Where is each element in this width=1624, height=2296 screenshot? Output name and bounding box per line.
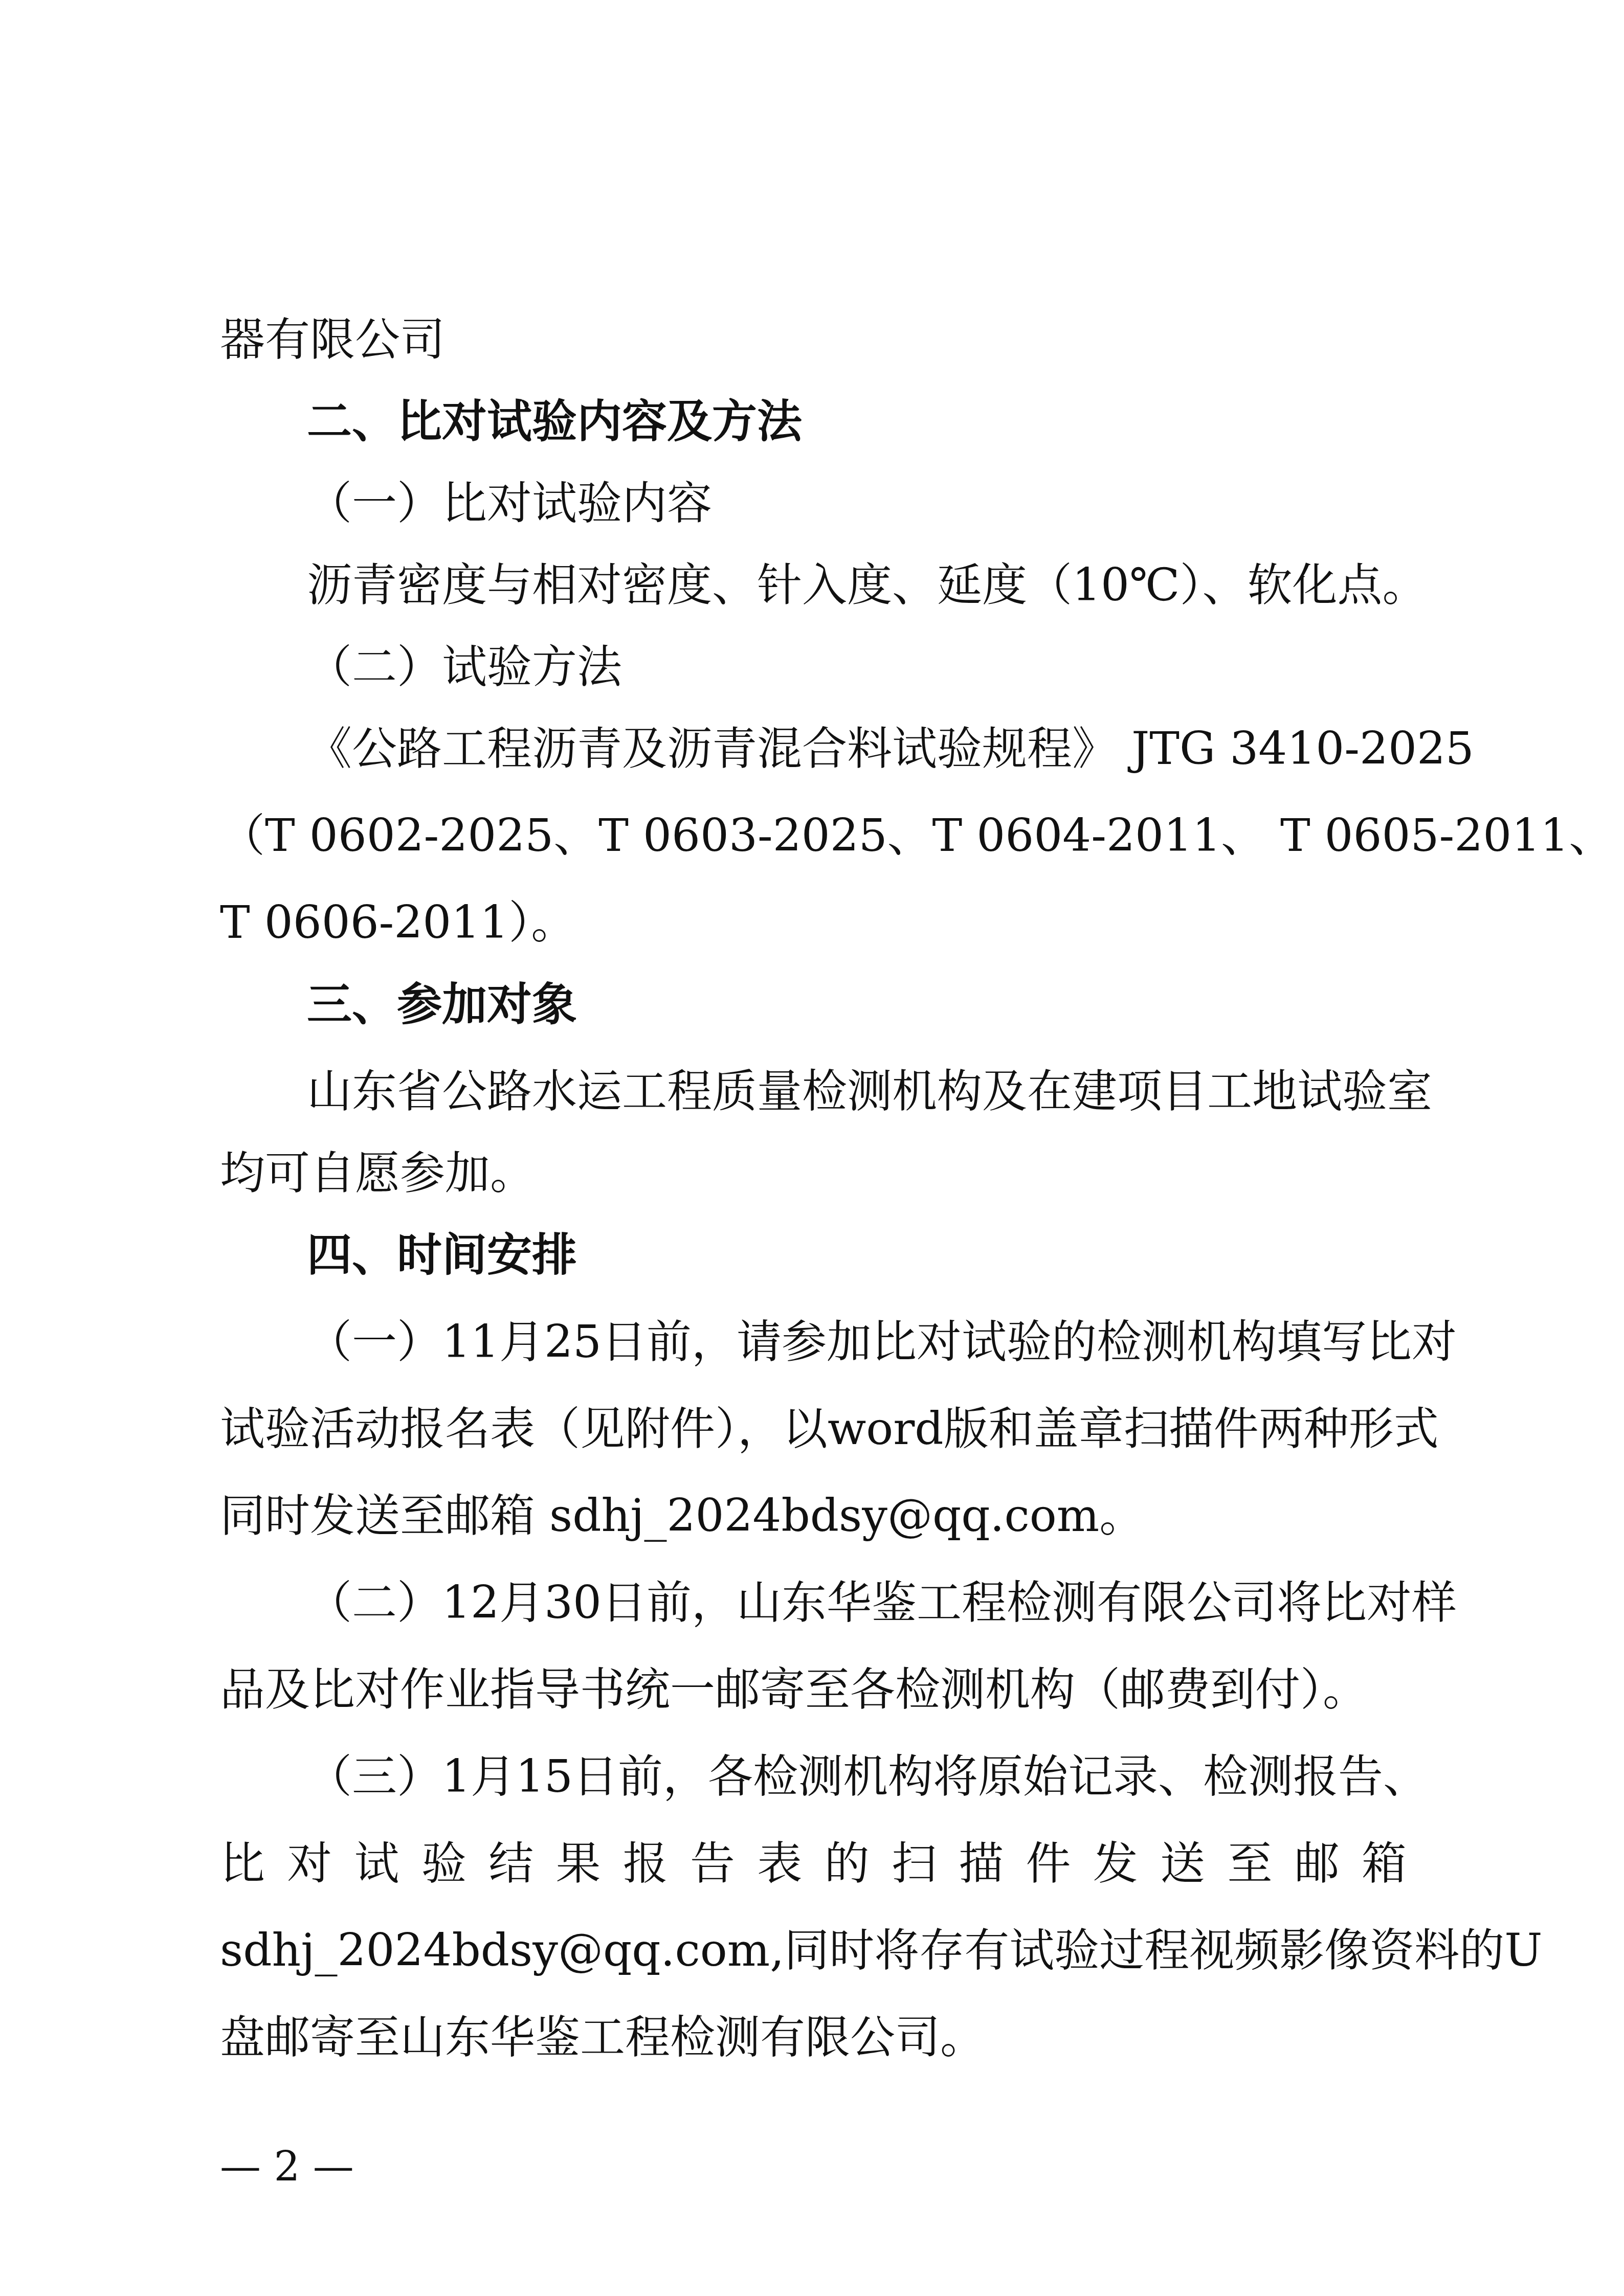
paragraph: （T 0602-2025、T 0603-2025、T 0604-2011、 T … [220,813,1407,858]
section-heading-2: 二、比对试验内容及方法 [307,399,802,444]
continued-text: 器有限公司 [220,317,445,362]
paragraph: 《公路工程沥青及沥青混合料试验规程》 JTG 3410-2025 [307,726,1407,771]
paragraph: 均可自愿参加。 [220,1151,535,1196]
paragraph: 沥青密度与相对密度、针入度、延度（10℃）、软化点。 [307,562,1427,607]
paragraph: T 0606-2011）。 [220,900,576,945]
paragraph: （一）11月25日前，请参加比对试验的检测机构填写比对 [307,1319,1407,1364]
subheading: （二）试验方法 [307,644,622,689]
paragraph: 比 对 试 验 结 果 报 告 表 的 扫 描 件 发 送 至 邮 箱 [220,1841,1407,1886]
paragraph: 盘邮寄至山东华鉴工程检测有限公司。 [220,2015,985,2060]
paragraph: （三）1月15日前，各检测机构将原始记录、检测报告、 [307,1754,1407,1799]
page-number: — 2 — [220,2143,354,2190]
subheading: （一）比对试验内容 [307,481,712,526]
paragraph: （二）12月30日前，山东华鉴工程检测有限公司将比对样 [307,1580,1407,1625]
section-heading-3: 三、参加对象 [307,982,577,1027]
paragraph: 山东省公路水运工程质量检测机构及在建项目工地试验室 [307,1069,1407,1114]
section-heading-4: 四、时间安排 [307,1232,577,1277]
paragraph: sdhj_2024bdsy@qq.com,同时将存有试验过程视频影像资料的U [220,1928,1407,1973]
paragraph: 同时发送至邮箱 sdhj_2024bdsy@qq.com。 [220,1493,1144,1538]
paragraph: 试验活动报名表（见附件），以word版和盖章扫描件两种形式 [220,1406,1407,1451]
paragraph: 品及比对作业指导书统一邮寄至各检测机构（邮费到付）。 [220,1667,1368,1712]
